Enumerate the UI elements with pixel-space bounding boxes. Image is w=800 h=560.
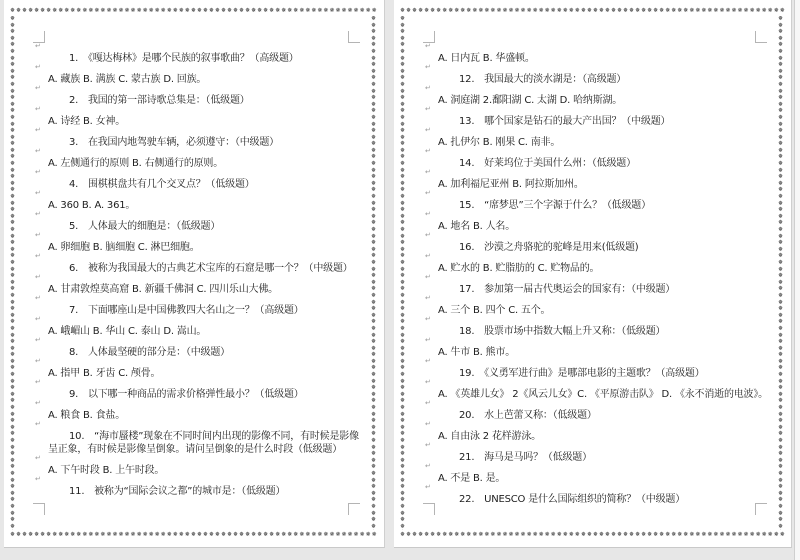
answer-line[interactable]: ↵A. 牛市 B. 熊市。 [438,346,771,359]
answer-text: A. 加利福尼亚州 B. 阿拉斯加州。 [438,179,584,190]
question-line[interactable]: ↵20. 水上芭蕾又称：（低级题） [438,409,771,422]
document-canvas: { "app": { "background_color": "#e7e7e7"… [0,0,800,560]
question-line[interactable]: ↵18. 股票市场中指数大幅上升又称：（低级题） [438,325,771,338]
question-line[interactable]: ↵13. 哪个国家是钻石的最大产出国？（中级题） [438,115,771,128]
answer-text: A. 牛市 B. 熊市。 [438,347,515,358]
answer-line[interactable]: ↵A. 360 B. A. 361。 [48,199,364,212]
answer-text: A. 下午时段 B. 上午时段。 [48,465,164,476]
answer-text: A. 诗经 B. 女神。 [48,116,125,127]
answer-line[interactable]: ↵A. 诗经 B. 女神。 [48,115,364,128]
paragraph-mark-icon: ↵ [35,250,41,263]
crop-mark-bl [423,503,435,515]
paragraph-mark-icon: ↵ [35,397,41,410]
question-text: 1. 《嘎达梅林》是哪个民族的叙事歌曲？（高级题） [69,53,299,64]
paragraph-mark-icon: ↵ [35,452,41,465]
question-text: 13. 哪个国家是钻石的最大产出国？（中级题） [459,116,670,127]
question-line[interactable]: ↵11. 被称为“国际会议之都”的城市是：（低级题） [48,485,364,498]
answer-text: A. 甘肃敦煌莫高窟 B. 新疆千佛洞 C. 四川乐山大佛。 [48,284,278,295]
question-text: 3. 在我国内地驾驶车辆，必须遵守：（中级题） [69,137,279,148]
answer-text: A. 不是 B. 是。 [438,473,505,484]
paragraph-mark-icon: ↵ [425,271,431,284]
answer-text: A. 贮水的 B. 贮脂肪的 C. 贮物品的。 [438,263,599,274]
question-text: 6. 被称为我国最大的古典艺术宝库的石窟是哪一个？（中级题） [69,263,353,274]
paragraph-mark-icon: ↵ [35,103,41,116]
answer-line[interactable]: ↵A. 自由泳 2 花样游泳。 [438,430,771,443]
question-text: 18. 股票市场中指数大幅上升又称：（低级题） [459,326,665,337]
answer-line[interactable]: ↵A. 贮水的 B. 贮脂肪的 C. 贮物品的。 [438,262,771,275]
question-text: 5. 人体最大的细胞是：（低级题） [69,221,220,232]
answer-line[interactable]: ↵A. 指甲 B. 牙齿 C. 颅骨。 [48,367,364,380]
paragraph-mark-icon: ↵ [35,473,41,486]
answer-text: A. 粮食 B. 食盐。 [48,410,125,421]
paragraph-mark-icon: ↵ [425,376,431,389]
paragraph-mark-icon: ↵ [425,397,431,410]
page-2[interactable]: ✵✵✵✵✵✵✵✵✵✵✵✵✵✵✵✵✵✵✵✵✵✵✵✵✵✵✵✵✵✵✵✵✵✵✵✵✵✵✵✵… [394,0,792,548]
paragraph-mark-icon: ↵ [35,418,41,431]
answer-text: A. 360 B. A. 361。 [48,200,135,211]
answer-line[interactable]: ↵A. 三个 B. 四个 C. 五个。 [438,304,771,317]
paragraph-mark-icon: ↵ [35,313,41,326]
answer-text: A. 左侧通行的原则 B. 右侧通行的原则。 [48,158,223,169]
paragraph-mark-icon: ↵ [35,208,41,221]
paragraph-mark-icon: ↵ [425,82,431,95]
crop-mark-tr [755,31,767,43]
paragraph-mark-icon: ↵ [425,460,431,473]
question-line[interactable]: ↵6. 被称为我国最大的古典艺术宝库的石窟是哪一个？（中级题） [48,262,364,275]
question-line[interactable]: ↵15. “席梦思”三个字源于什么？（低级题） [438,199,771,212]
paragraph-mark-icon: ↵ [35,166,41,179]
paragraph-mark-icon: ↵ [425,418,431,431]
paragraph-mark-icon: ↵ [425,40,431,53]
paragraph-mark-icon: ↵ [425,481,431,494]
answer-text: A. 日内瓦 B. 华盛顿。 [438,53,535,64]
paragraph-mark-icon: ↵ [425,124,431,137]
question-line[interactable]: ↵17. 参加第一届古代奥运会的国家有：（中级题） [438,283,771,296]
answer-text: A. 洞庭湖 2.鄱阳湖 C. 太湖 D. 哈纳斯湖。 [438,95,622,106]
answer-line[interactable]: ↵A. 扎伊尔 B. 刚果 C. 南非。 [438,136,771,149]
question-line[interactable]: ↵10. “海市蜃楼”现象在不同时间内出现的影像不同，有时候是影像呈正象，有时候… [48,430,364,456]
crop-mark-bl [33,503,45,515]
paragraph-mark-icon: ↵ [425,229,431,242]
text-area[interactable]: ↵A. 日内瓦 B. 华盛顿。↵12. 我国最大的淡水湖是：（高级题）↵A. 洞… [438,52,771,514]
paragraph-mark-icon: ↵ [35,334,41,347]
art-border-left: ✵✵✵✵✵✵✵✵✵✵✵✵✵✵✵✵✵✵✵✵✵✵✵✵✵✵✵✵✵✵✵✵✵✵✵✵✵✵✵✵… [10,16,17,530]
paragraph-mark-icon: ↵ [35,187,41,200]
question-line[interactable]: ↵22. UNESCO 是什么国际组织的简称？（中级题） [438,493,771,506]
answer-line[interactable]: ↵A. 《英雄儿女》 2《风云儿女》C. 《平原游击队》 D. 《永不消逝的电波… [438,388,771,401]
question-line[interactable]: ↵14. 好莱坞位于美国什么州：（低级题） [438,157,771,170]
question-text: 9. 以下哪一种商品的需求价格弹性最小？（低级题） [69,389,304,400]
question-text: 2. 我国的第一部诗歌总集是：（低级题） [69,95,250,106]
question-text: 21. 海马是马吗？（低级题） [459,452,592,463]
answer-line[interactable]: ↵A. 日内瓦 B. 华盛顿。 [438,52,771,65]
answer-text: A. 《英雄儿女》 2《风云儿女》C. 《平原游击队》 D. 《永不消逝的电波》… [438,389,768,400]
question-line[interactable]: ↵5. 人体最大的细胞是：（低级题） [48,220,364,233]
paragraph-mark-icon: ↵ [35,145,41,158]
answer-text: A. 藏族 B. 满族 C. 蒙古族 D. 回族。 [48,74,206,85]
answer-text: A. 指甲 B. 牙齿 C. 颅骨。 [48,368,160,379]
answer-line[interactable]: ↵A. 加利福尼亚州 B. 阿拉斯加州。 [438,178,771,191]
paragraph-mark-icon: ↵ [425,439,431,452]
question-line[interactable]: ↵3. 在我国内地驾驶车辆，必须遵守：（中级题） [48,136,364,149]
art-border-top: ✵✵✵✵✵✵✵✵✵✵✵✵✵✵✵✵✵✵✵✵✵✵✵✵✵✵✵✵✵✵✵✵✵✵✵✵✵✵✵✵… [10,7,378,15]
paragraph-mark-icon: ↵ [425,250,431,263]
question-line[interactable]: ↵16. 沙漠之舟骆驼的驼峰是用来(低级题) [438,241,771,254]
question-line[interactable]: ↵8. 人体最坚硬的部分是：（中级题） [48,346,364,359]
answer-line[interactable]: ↵A. 卵细胞 B. 脑细胞 C. 淋巴细胞。 [48,241,364,254]
paragraph-mark-icon: ↵ [35,229,41,242]
paragraph-mark-icon: ↵ [35,82,41,95]
paragraph-mark-icon: ↵ [425,103,431,116]
question-line[interactable]: ↵21. 海马是马吗？（低级题） [438,451,771,464]
question-text: 16. 沙漠之舟骆驼的驼峰是用来(低级题) [459,242,639,253]
question-text: 19. 《义勇军进行曲》是哪部电影的主题歌？（高级题） [459,368,705,379]
question-text: 4. 围棋棋盘共有几个交叉点？（低级题） [69,179,255,190]
answer-text: A. 扎伊尔 B. 刚果 C. 南非。 [438,137,560,148]
answer-text: A. 自由泳 2 花样游泳。 [438,431,541,442]
question-text: 7. 下面哪座山是中国佛教四大名山之一？（高级题） [69,305,304,316]
question-text: 17. 参加第一届古代奥运会的国家有：（中级题） [459,284,675,295]
question-text: 10. “海市蜃楼”现象在不同时间内出现的影像不同，有时候是影像呈正象，有时候是… [48,431,359,455]
paragraph-mark-icon: ↵ [425,313,431,326]
answer-line[interactable]: ↵A. 粮食 B. 食盐。 [48,409,364,422]
question-text: 11. 被称为“国际会议之都”的城市是：（低级题） [69,486,285,497]
paragraph-mark-icon: ↵ [35,61,41,74]
art-border-right: ✵✵✵✵✵✵✵✵✵✵✵✵✵✵✵✵✵✵✵✵✵✵✵✵✵✵✵✵✵✵✵✵✵✵✵✵✵✵✵✵… [778,16,785,530]
paragraph-mark-icon: ↵ [425,208,431,221]
art-border-right: ✵✵✵✵✵✵✵✵✵✵✵✵✵✵✵✵✵✵✵✵✵✵✵✵✵✵✵✵✵✵✵✵✵✵✵✵✵✵✵✵… [371,16,378,530]
answer-line[interactable]: ↵A. 藏族 B. 满族 C. 蒙古族 D. 回族。 [48,73,364,86]
answer-line[interactable]: ↵A. 峨嵋山 B. 华山 C. 泰山 D. 嵩山。 [48,325,364,338]
answer-line[interactable]: ↵A. 地名 B. 人名。 [438,220,771,233]
paragraph-mark-icon: ↵ [35,124,41,137]
answer-line[interactable]: ↵A. 甘肃敦煌莫高窟 B. 新疆千佛洞 C. 四川乐山大佛。 [48,283,364,296]
answer-text: A. 地名 B. 人名。 [438,221,515,232]
page-1[interactable]: ✵✵✵✵✵✵✵✵✵✵✵✵✵✵✵✵✵✵✵✵✵✵✵✵✵✵✵✵✵✵✵✵✵✵✵✵✵✵✵✵… [4,0,385,548]
question-line[interactable]: ↵1. 《嘎达梅林》是哪个民族的叙事歌曲？（高级题） [48,52,364,65]
art-border-bottom: ✵✵✵✵✵✵✵✵✵✵✵✵✵✵✵✵✵✵✵✵✵✵✵✵✵✵✵✵✵✵✵✵✵✵✵✵✵✵✵✵… [400,531,785,539]
answer-line[interactable]: ↵A. 左侧通行的原则 B. 右侧通行的原则。 [48,157,364,170]
paragraph-mark-icon: ↵ [35,271,41,284]
question-text: 15. “席梦思”三个字源于什么？（低级题） [459,200,651,211]
art-border-top: ✵✵✵✵✵✵✵✵✵✵✵✵✵✵✵✵✵✵✵✵✵✵✵✵✵✵✵✵✵✵✵✵✵✵✵✵✵✵✵✵… [400,7,785,15]
question-line[interactable]: ↵2. 我国的第一部诗歌总集是：（低级题） [48,94,364,107]
answer-line[interactable]: ↵A. 不是 B. 是。 [438,472,771,485]
art-border-bottom: ✵✵✵✵✵✵✵✵✵✵✵✵✵✵✵✵✵✵✵✵✵✵✵✵✵✵✵✵✵✵✵✵✵✵✵✵✵✵✵✵… [10,531,378,539]
text-area[interactable]: ↵1. 《嘎达梅林》是哪个民族的叙事歌曲？（高级题）↵A. 藏族 B. 满族 C… [48,52,364,506]
question-text: 22. UNESCO 是什么国际组织的简称？（中级题） [459,494,685,505]
paragraph-mark-icon: ↵ [425,166,431,179]
question-line[interactable]: ↵7. 下面哪座山是中国佛教四大名山之一？（高级题） [48,304,364,317]
paragraph-mark-icon: ↵ [425,334,431,347]
question-line[interactable]: ↵9. 以下哪一种商品的需求价格弹性最小？（低级题） [48,388,364,401]
question-text: 12. 我国最大的淡水湖是：（高级题） [459,74,626,85]
question-line[interactable]: ↵4. 围棋棋盘共有几个交叉点？（低级题） [48,178,364,191]
paragraph-mark-icon: ↵ [425,292,431,305]
answer-line[interactable]: ↵A. 洞庭湖 2.鄱阳湖 C. 太湖 D. 哈纳斯湖。 [438,94,771,107]
question-text: 8. 人体最坚硬的部分是：（中级题） [69,347,230,358]
question-line[interactable]: ↵12. 我国最大的淡水湖是：（高级题） [438,73,771,86]
paragraph-mark-icon: ↵ [35,355,41,368]
question-text: 20. 水上芭蕾又称：（低级题） [459,410,597,421]
paragraph-mark-icon: ↵ [425,355,431,368]
answer-text: A. 卵细胞 B. 脑细胞 C. 淋巴细胞。 [48,242,200,253]
paragraph-mark-icon: ↵ [35,292,41,305]
question-text: 14. 好莱坞位于美国什么州：（低级题） [459,158,636,169]
answer-line[interactable]: ↵A. 下午时段 B. 上午时段。 [48,464,364,477]
answer-text: A. 峨嵋山 B. 华山 C. 泰山 D. 嵩山。 [48,326,206,337]
paragraph-mark-icon: ↵ [35,376,41,389]
paragraph-mark-icon: ↵ [35,40,41,53]
paragraph-mark-icon: ↵ [425,145,431,158]
question-line[interactable]: ↵19. 《义勇军进行曲》是哪部电影的主题歌？（高级题） [438,367,771,380]
paragraph-mark-icon: ↵ [425,187,431,200]
crop-mark-tr [348,31,360,43]
answer-text: A. 三个 B. 四个 C. 五个。 [438,305,550,316]
paragraph-mark-icon: ↵ [425,61,431,74]
right-window-edge [794,0,800,560]
art-border-left: ✵✵✵✵✵✵✵✵✵✵✵✵✵✵✵✵✵✵✵✵✵✵✵✵✵✵✵✵✵✵✵✵✵✵✵✵✵✵✵✵… [400,16,407,530]
